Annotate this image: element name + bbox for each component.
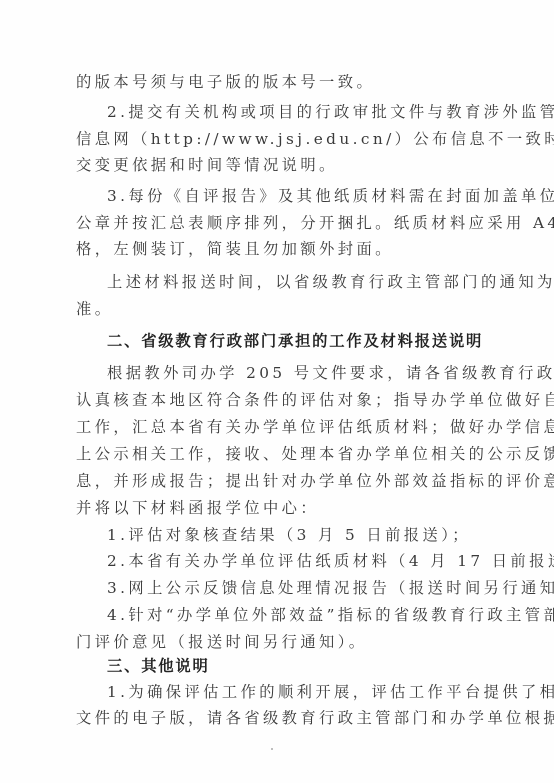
text-line: 息，并形成报告；提出针对办学单位外部效益指标的评价意见， bbox=[76, 471, 470, 491]
text-line: 公章并按汇总表顺序排列，分开捆扎。纸质材料应采用 A4 规 bbox=[76, 213, 470, 233]
text-line: 1.评估对象核查结果（3 月 5 日前报送）； bbox=[107, 525, 470, 545]
text-line: 3.每份《自评报告》及其他纸质材料需在封面加盖单位 bbox=[107, 186, 470, 206]
section-heading: 二、省级教育行政部门承担的工作及材料报送说明 bbox=[107, 331, 470, 351]
text-line: 4.针对“办学单位外部效益”指标的省级教育行政主管部 bbox=[107, 605, 470, 625]
section-heading: 三、其他说明 bbox=[107, 656, 470, 676]
text-line: 认真核查本地区符合条件的评估对象；指导办学单位做好自评 bbox=[76, 390, 470, 410]
text-line: 的版本号须与电子版的版本号一致。 bbox=[76, 72, 470, 92]
text-line: 文件的电子版，请各省级教育行政主管部门和办学单位根据需 bbox=[76, 708, 470, 728]
text-line: 准。 bbox=[76, 299, 470, 319]
text-line: 门评价意见（报送时间另行通知）。 bbox=[76, 632, 470, 652]
text-line: 工作，汇总本省有关办学单位评估纸质材料；做好办学信息网 bbox=[76, 417, 470, 437]
text-line: 2.本省有关办学单位评估纸质材料（4 月 17 日前报送）； bbox=[107, 551, 470, 571]
text-line: 根据教外司办学 205 号文件要求，请各省级教育行政部门 bbox=[107, 363, 470, 383]
text-line: 信息网（http://www.jsj.edu.cn/）公布信息不一致时，应提 bbox=[76, 129, 470, 149]
text-line: 2.提交有关机构或项目的行政审批文件与教育涉外监管 bbox=[107, 102, 470, 122]
text-line: 交变更依据和时间等情况说明。 bbox=[76, 155, 470, 175]
text-line: 格，左侧装订，简装且勿加额外封面。 bbox=[76, 239, 470, 259]
document-page: 的版本号须与电子版的版本号一致。2.提交有关机构或项目的行政审批文件与教育涉外监… bbox=[0, 0, 554, 783]
scan-speck bbox=[271, 748, 273, 750]
text-line: 3.网上公示反馈信息处理情况报告（报送时间另行通知）； bbox=[107, 578, 470, 598]
text-line: 并将以下材料函报学位中心： bbox=[76, 498, 470, 518]
text-line: 上公示相关工作，接收、处理本省办学单位相关的公示反馈信 bbox=[76, 444, 470, 464]
text-line: 1.为确保评估工作的顺利开展，评估工作平台提供了相关 bbox=[107, 682, 470, 702]
text-line: 上述材料报送时间，以省级教育行政主管部门的通知为 bbox=[107, 272, 470, 292]
